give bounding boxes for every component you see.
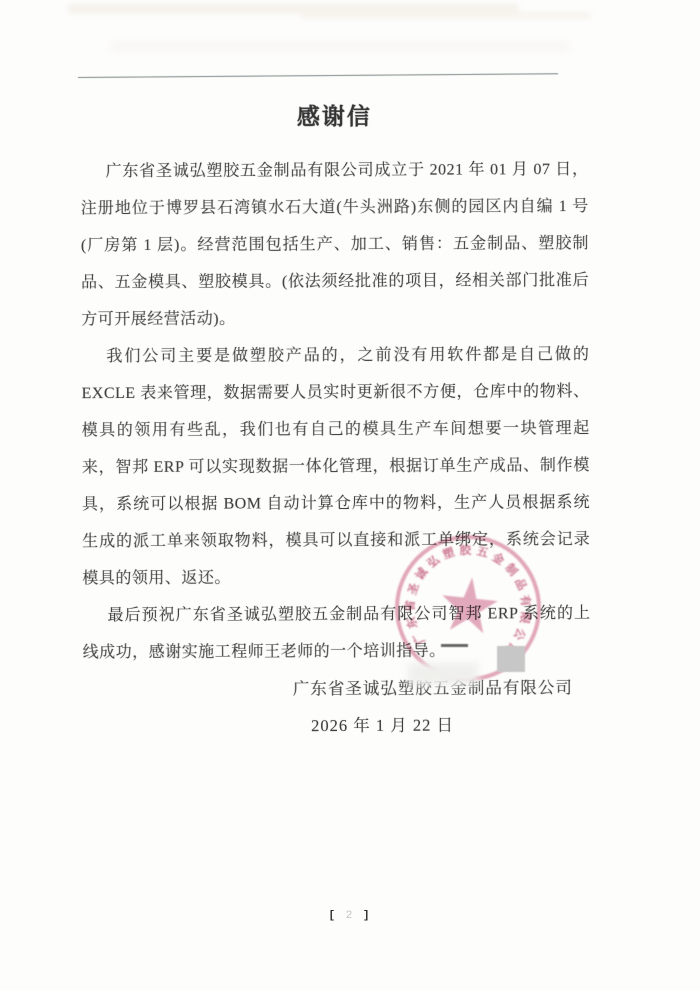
page-number-open-bracket: [ [328,910,337,922]
page-number: [ 2 ] [320,910,380,922]
letter-body: 感谢信 广东省圣诚弘塑胶五金制品有限公司成立于 2021 年 01 月 07 日… [0,0,700,990]
page-number-close-bracket: ] [363,910,372,922]
paragraph-erp-needs: 我们公司主要是做塑胶产品的，之前没有用软件都是自己做的 EXCLE 表来管理，数… [81,336,590,597]
signature-date: 2026 年 1 月 22 日 [83,706,591,745]
scan-artifact-blot [408,663,478,685]
page-number-value: 2 [346,910,355,922]
scanned-letter-page: 感谢信 广东省圣诚弘塑胶五金制品有限公司成立于 2021 年 01 月 07 日… [0,0,700,990]
signature-company-name: 广东省圣诚弘塑胶五金制品有限公司 [83,669,591,708]
scan-artifact-gray-square [497,646,525,672]
scan-artifact-dash [441,644,468,647]
paragraph-company-intro: 广东省圣诚弘塑胶五金制品有限公司成立于 2021 年 01 月 07 日，注册地… [81,151,590,338]
letter-title: 感谢信 [80,97,588,132]
